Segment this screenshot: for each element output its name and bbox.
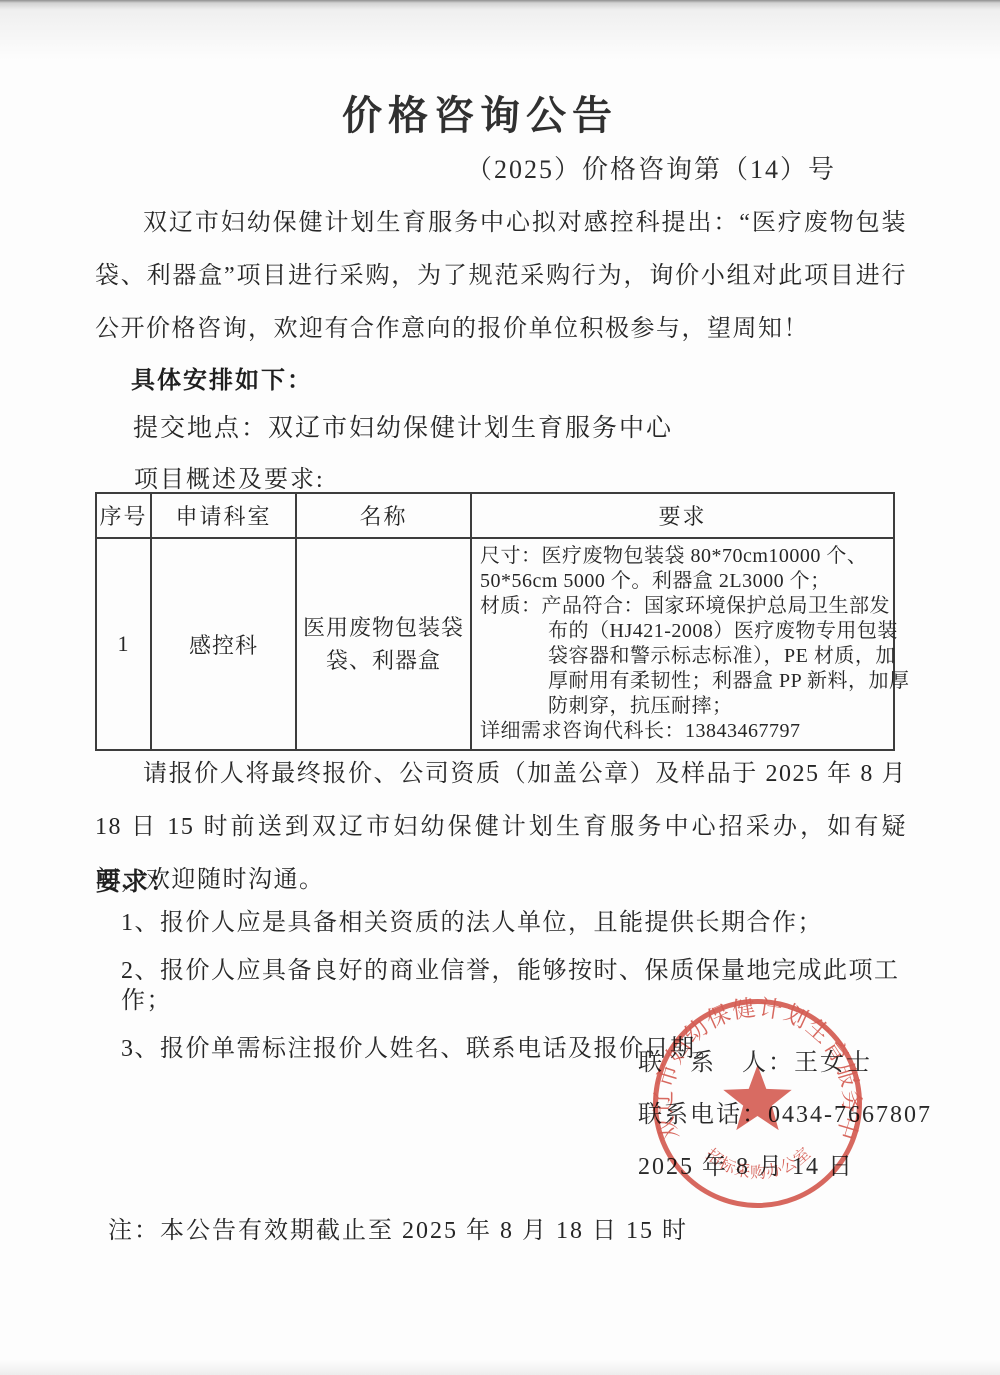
requirement-line: 厚耐用有柔韧性；利器盒 PP 新料，加厚 <box>480 669 887 694</box>
seq-cell: 1 <box>96 538 151 750</box>
contact-person-line: 联 系 人：王女士 <box>638 1048 932 1078</box>
spec-table: 序号 申请科室 名称 要求 1 感控科 医用废物包装袋 袋、利器盒 尺寸：医疗废… <box>95 492 895 751</box>
requirement-line: 50*56cm 5000 个。利器盒 2L3000 个； <box>480 569 887 594</box>
requirement-line: 详细需求咨询代科长：13843467797 <box>480 719 887 744</box>
requirement-line: 材质：产品符合：国家环境保护总局卫生部发 <box>480 594 887 619</box>
deadline-paragraph: 请报价人将最终报价、公司资质（加盖公章）及样品于 2025 年 8 月 18 日… <box>95 748 907 907</box>
name-cell: 医用废物包装袋 袋、利器盒 <box>296 538 471 750</box>
requirement-item: 1、报价人应是具备相关资质的法人单位，且能提供长期合作； <box>121 908 921 938</box>
intro-paragraph: 双辽市妇幼保健计划生育服务中心拟对感控科提出：“医疗废物包装袋、利器盒”项目进行… <box>95 197 907 356</box>
name-line: 医用废物包装袋 <box>297 611 470 644</box>
requirement-line: 尺寸：医疗废物包装袋 80*70cm10000 个、 <box>480 544 887 569</box>
contact-block: 联 系 人：王女士 联系电话：0434-7667807 2025 年 8 月 1… <box>638 1048 932 1204</box>
document-page: 价格咨询公告 （2025）价格咨询第（14）号 双辽市妇幼保健计划生育服务中心拟… <box>0 0 1000 1375</box>
requirements-cell: 尺寸：医疗废物包装袋 80*70cm10000 个、 50*56cm 5000 … <box>471 538 894 750</box>
validity-note: 注：本公告有效期截止至 2025 年 8 月 18 日 15 时 <box>108 1210 688 1245</box>
contact-phone-line: 联系电话：0434-7667807 <box>638 1100 932 1130</box>
column-header-seq: 序号 <box>96 493 151 538</box>
table-caption: 项目概述及要求: <box>134 459 325 494</box>
submit-location-line: 提交地点：双辽市妇幼保健计划生育服务中心 <box>133 408 673 444</box>
column-header-department: 申请科室 <box>151 493 296 538</box>
name-line: 袋、利器盒 <box>297 644 470 677</box>
contact-date-line: 2025 年 8 月 14 日 <box>638 1152 932 1182</box>
department-cell: 感控科 <box>151 538 296 750</box>
column-header-requirements: 要求 <box>471 493 894 538</box>
requirement-line: 布的（HJ421-2008）医疗废物专用包装 <box>480 619 887 644</box>
requirement-item: 2、报价人应具备良好的商业信誉，能够按时、保质保量地完成此项工作； <box>121 956 921 1016</box>
doc-number: （2025）价格咨询第（14）号 <box>466 149 836 186</box>
arrangement-heading: 具体安排如下： <box>131 360 313 395</box>
requirement-line: 防刺穿，抗压耐摔； <box>480 694 887 719</box>
requirements-heading: 要求： <box>96 862 177 898</box>
table-header-row: 序号 申请科室 名称 要求 <box>96 493 894 538</box>
table-row: 1 感控科 医用废物包装袋 袋、利器盒 尺寸：医疗废物包装袋 80*70cm10… <box>96 538 894 750</box>
column-header-name: 名称 <box>296 493 471 538</box>
page-title: 价格咨询公告 <box>0 84 960 141</box>
requirement-line: 袋容器和警示标志标准），PE 材质，加 <box>480 644 887 669</box>
